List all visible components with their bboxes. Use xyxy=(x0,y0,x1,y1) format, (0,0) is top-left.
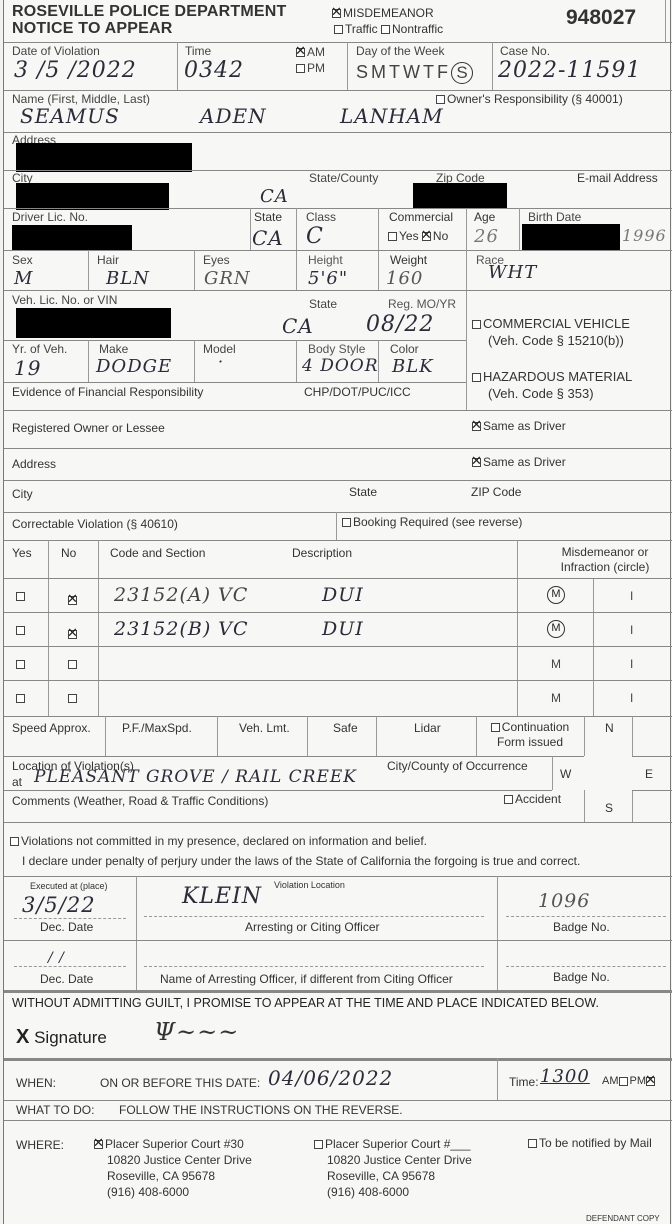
row2-i[interactable]: I xyxy=(630,623,633,637)
traffic-options: Traffic Nontraffic xyxy=(334,22,443,36)
defendant-copy-label: DEFENDANT COPY xyxy=(586,1214,660,1223)
no-header: No xyxy=(61,546,76,560)
vehicle-year-label: Yr. of Veh. xyxy=(12,342,67,356)
row4-i[interactable]: I xyxy=(630,691,633,705)
court1-checkbox[interactable] xyxy=(94,1140,103,1149)
row2-code: 23152(B) VC xyxy=(114,618,249,640)
compass-north[interactable]: N xyxy=(605,721,614,735)
veh-lmt-label: Veh. Lmt. xyxy=(239,721,290,735)
row3-yes-checkbox[interactable] xyxy=(16,660,25,669)
badge2-label: Badge No. xyxy=(553,970,610,984)
am-option[interactable]: AM xyxy=(296,45,325,59)
form-title: NOTICE TO APPEAR xyxy=(12,20,173,38)
day-of-week: SMTWTFS xyxy=(356,62,473,84)
executed-at-label: Executed at (place) xyxy=(30,881,108,891)
appearance-ampm: AMPM xyxy=(602,1075,657,1087)
date-label: Date of Violation xyxy=(12,44,100,58)
redacted-zip xyxy=(413,183,507,209)
speed-approx-label: Speed Approx. xyxy=(12,721,91,735)
case-value: 2022-11591 xyxy=(498,58,641,83)
birth-date-label: Birth Date xyxy=(528,210,581,224)
misdemeanor-checkbox[interactable] xyxy=(332,9,341,18)
officer-signature: KLEIN xyxy=(182,884,262,909)
where-label: WHERE: xyxy=(16,1138,64,1152)
state-county-label: State/County xyxy=(309,171,378,185)
sex-value: M xyxy=(14,268,33,289)
pm-checkbox[interactable] xyxy=(296,64,305,73)
appearance-time-label: Time: xyxy=(509,1075,539,1089)
notice-to-appear-form: ROSEVILLE POLICE DEPARTMENT NOTICE TO AP… xyxy=(3,0,671,1224)
row1-code: 23152(A) VC xyxy=(114,584,248,606)
appearance-am-checkbox[interactable] xyxy=(619,1077,628,1086)
notify-by-mail[interactable]: To be notified by Mail xyxy=(528,1136,652,1150)
address-same-checkbox[interactable] xyxy=(472,458,481,467)
license-label: Driver Lic. No. xyxy=(12,210,88,224)
vehicle-state-value: CA xyxy=(282,314,314,338)
not-in-presence-checkbox[interactable] xyxy=(10,837,19,846)
hair-label: Hair xyxy=(97,253,119,267)
yes-header: Yes xyxy=(12,546,32,560)
license-state-value: CA xyxy=(252,226,284,250)
comments-label: Comments (Weather, Road & Traffic Condit… xyxy=(12,794,268,808)
day-label: Day of the Week xyxy=(356,44,445,58)
dec-date2-label: Dec. Date xyxy=(40,972,93,986)
time-label: Time xyxy=(185,44,211,58)
compass-west[interactable]: W xyxy=(560,767,571,781)
redacted-license xyxy=(12,225,132,250)
body-style-value: 4 DOOR xyxy=(302,356,379,376)
badge-label: Badge No. xyxy=(553,920,610,934)
race-value: WHT xyxy=(488,262,537,283)
height-label: Height xyxy=(308,253,343,267)
compass-south[interactable]: S xyxy=(605,801,613,815)
redacted-city xyxy=(16,183,169,210)
pm-option[interactable]: PM xyxy=(296,61,325,75)
violation-row: 23152(B) VC DUI M I xyxy=(4,612,672,646)
age-label: Age xyxy=(474,210,495,224)
misdemeanor-option[interactable]: MISDEMEANOR xyxy=(332,6,434,20)
make-label: Make xyxy=(99,342,128,356)
row1-desc: DUI xyxy=(322,584,364,606)
owner-city-label: City xyxy=(12,487,33,501)
row4-yes-checkbox[interactable] xyxy=(16,694,25,703)
height-value: 5'6" xyxy=(308,268,348,289)
code-header: Code and Section xyxy=(110,546,205,560)
date-value: 3 /5 /2022 xyxy=(14,58,137,83)
perjury-statement: I declare under penalty of perjury under… xyxy=(22,854,580,868)
safe-label: Safe xyxy=(333,721,358,735)
badge-value: 1096 xyxy=(538,890,590,912)
row1-i[interactable]: I xyxy=(630,589,633,603)
court-option-1[interactable]: Placer Superior Court #30 10820 Justice … xyxy=(94,1136,252,1200)
continuation-checkbox[interactable] xyxy=(491,723,500,732)
class-value: C xyxy=(306,224,324,249)
eyes-value: GRN xyxy=(204,268,251,289)
mail-checkbox[interactable] xyxy=(528,1139,537,1148)
reg-value: 08/22 xyxy=(366,312,434,337)
court2-checkbox[interactable] xyxy=(314,1140,323,1149)
owner-address-label: Address xyxy=(12,457,56,471)
owner-same-checkbox[interactable] xyxy=(472,422,481,431)
promise-text: WITHOUT ADMITTING GUILT, I PROMISE TO AP… xyxy=(12,996,599,1010)
class-label: Class xyxy=(306,210,336,224)
what-to-do-value: FOLLOW THE INSTRUCTIONS ON THE REVERSE. xyxy=(119,1103,403,1117)
row4-no-checkbox[interactable] xyxy=(68,694,77,703)
sex-label: Sex xyxy=(12,253,33,267)
when-label: WHEN: xyxy=(16,1076,56,1090)
row1-yes-checkbox[interactable] xyxy=(16,592,25,601)
redacted-vehicle-lic xyxy=(16,308,171,338)
violation-row: M I xyxy=(4,680,672,716)
commercial-vehicle-code: (Veh. Code § 15210(b)) xyxy=(488,333,624,348)
row1-m-circled[interactable]: M xyxy=(547,586,565,604)
time-value: 0342 xyxy=(184,58,244,83)
agency-label: CHP/DOT/PUC/ICC xyxy=(304,385,411,399)
owner-resp-checkbox[interactable] xyxy=(436,95,445,104)
description-header: Description xyxy=(292,546,352,560)
birth-year: 1996 xyxy=(622,226,667,245)
accident-option[interactable]: Accident xyxy=(504,792,561,806)
email-label: E-mail Address xyxy=(577,171,658,185)
make-value: DODGE xyxy=(96,356,172,377)
violation-location-label: Violation Location xyxy=(274,880,345,890)
traffic-checkbox[interactable] xyxy=(334,25,343,34)
vehicle-lic-label: Veh. Lic. No. or VIN xyxy=(12,293,117,307)
commercial-no-checkbox[interactable] xyxy=(422,232,431,241)
continuation-form[interactable]: Continuation Form issued xyxy=(482,720,578,750)
vehicle-state-label: State xyxy=(309,297,337,311)
violation-row: M I xyxy=(4,646,672,680)
hair-value: BLN xyxy=(106,268,150,289)
reg-label: Reg. MO/YR xyxy=(388,297,456,311)
appearance-pm-checkbox[interactable] xyxy=(646,1077,655,1086)
commercial-vehicle-option[interactable]: COMMERCIAL VEHICLE xyxy=(472,316,630,331)
row4-m[interactable]: M xyxy=(551,691,561,705)
lidar-label: Lidar xyxy=(414,721,441,735)
color-label: Color xyxy=(390,342,419,356)
accident-checkbox[interactable] xyxy=(504,795,513,804)
last-name: LANHAM xyxy=(340,104,444,128)
row3-no-checkbox[interactable] xyxy=(68,660,77,669)
defendant-signature: Ψ~~~ xyxy=(154,1018,239,1046)
row1-no-checkbox[interactable] xyxy=(68,596,77,605)
officer-label: Arresting or Citing Officer xyxy=(245,920,380,934)
weight-value: 160 xyxy=(386,268,423,289)
court-option-2[interactable]: Placer Superior Court #___ 10820 Justice… xyxy=(314,1136,472,1200)
pf-maxspd-label: P.F./MaxSpd. xyxy=(122,721,192,735)
citation-number: 948027 xyxy=(566,6,636,30)
appearance-time-value: 1300 xyxy=(540,1066,590,1087)
eyes-label: Eyes xyxy=(203,253,230,267)
signature-field[interactable]: X Signature xyxy=(16,1026,107,1049)
row2-no-checkbox[interactable] xyxy=(68,630,77,639)
redacted-birth-date xyxy=(522,224,620,250)
commercial-options: Yes No xyxy=(388,229,448,243)
am-checkbox[interactable] xyxy=(296,48,305,57)
address-same-as-driver[interactable]: Same as Driver xyxy=(472,455,566,469)
hazmat-checkbox[interactable] xyxy=(472,373,481,382)
appearance-date-label: ON OR BEFORE THIS DATE: xyxy=(100,1076,260,1090)
compass-east[interactable]: E xyxy=(645,767,653,781)
color-value: BLK xyxy=(392,356,434,377)
location-at-label: at xyxy=(12,775,22,789)
row2-m-circled[interactable]: M xyxy=(547,620,565,638)
owner-state-label: State xyxy=(349,485,377,499)
age-value: 26 xyxy=(474,226,499,247)
officer2-label: Name of Arresting Officer, if different … xyxy=(160,972,453,986)
booking-required[interactable]: Booking Required (see reverse) xyxy=(342,515,522,529)
first-name: SEAMUS xyxy=(20,104,120,128)
day-circled: S xyxy=(451,62,473,84)
model-value: · xyxy=(218,352,224,371)
hazmat-code: (Veh. Code § 353) xyxy=(488,386,594,401)
registered-owner-label: Registered Owner or Lessee xyxy=(12,421,165,435)
hazmat-option[interactable]: HAZARDOUS MATERIAL xyxy=(472,369,632,384)
not-in-presence[interactable]: Violations not committed in my presence,… xyxy=(10,834,427,848)
commercial-yes-checkbox[interactable] xyxy=(388,232,397,241)
dec-date-value: 3/5/22 xyxy=(22,893,96,917)
commercial-vehicle-checkbox[interactable] xyxy=(472,320,481,329)
commercial-label: Commercial xyxy=(389,210,453,224)
location-value: PLEASANT GROVE / RAIL CREEK xyxy=(34,767,357,787)
owner-same-as-driver[interactable]: Same as Driver xyxy=(472,419,566,433)
owner-responsibility[interactable]: Owner's Responsibility (§ 40001) xyxy=(436,92,623,106)
row2-yes-checkbox[interactable] xyxy=(16,626,25,635)
case-label: Case No. xyxy=(500,44,550,58)
license-state-label: State xyxy=(254,210,282,224)
financial-resp-label: Evidence of Financial Responsibility xyxy=(12,385,203,399)
weight-label: Weight xyxy=(390,253,427,267)
department-name: ROSEVILLE POLICE DEPARTMENT xyxy=(12,3,286,21)
dec-date2-value: / / xyxy=(48,950,65,966)
middle-name: ADEN xyxy=(200,104,267,128)
redacted-address xyxy=(16,143,192,172)
state-value: CA xyxy=(260,186,289,207)
row2-desc: DUI xyxy=(322,618,364,640)
appearance-date-value: 04/06/2022 xyxy=(268,1066,393,1090)
violation-row: 23152(A) VC DUI M I xyxy=(4,578,672,612)
booking-checkbox[interactable] xyxy=(342,518,351,527)
nontraffic-checkbox[interactable] xyxy=(381,25,390,34)
misdemeanor-infraction-header: Misdemeanor or Infraction (circle) xyxy=(542,545,668,575)
owner-zip-label: ZIP Code xyxy=(471,485,521,499)
dec-date-label: Dec. Date xyxy=(40,920,93,934)
row3-i[interactable]: I xyxy=(630,657,633,671)
body-style-label: Body Style xyxy=(308,342,365,356)
what-to-do-label: WHAT TO DO: xyxy=(16,1103,94,1117)
correctable-label: Correctable Violation (§ 40610) xyxy=(12,517,178,531)
city-county-label: City/County of Occurrence xyxy=(387,759,528,773)
row3-m[interactable]: M xyxy=(551,657,561,671)
vehicle-year-value: 19 xyxy=(14,356,41,380)
